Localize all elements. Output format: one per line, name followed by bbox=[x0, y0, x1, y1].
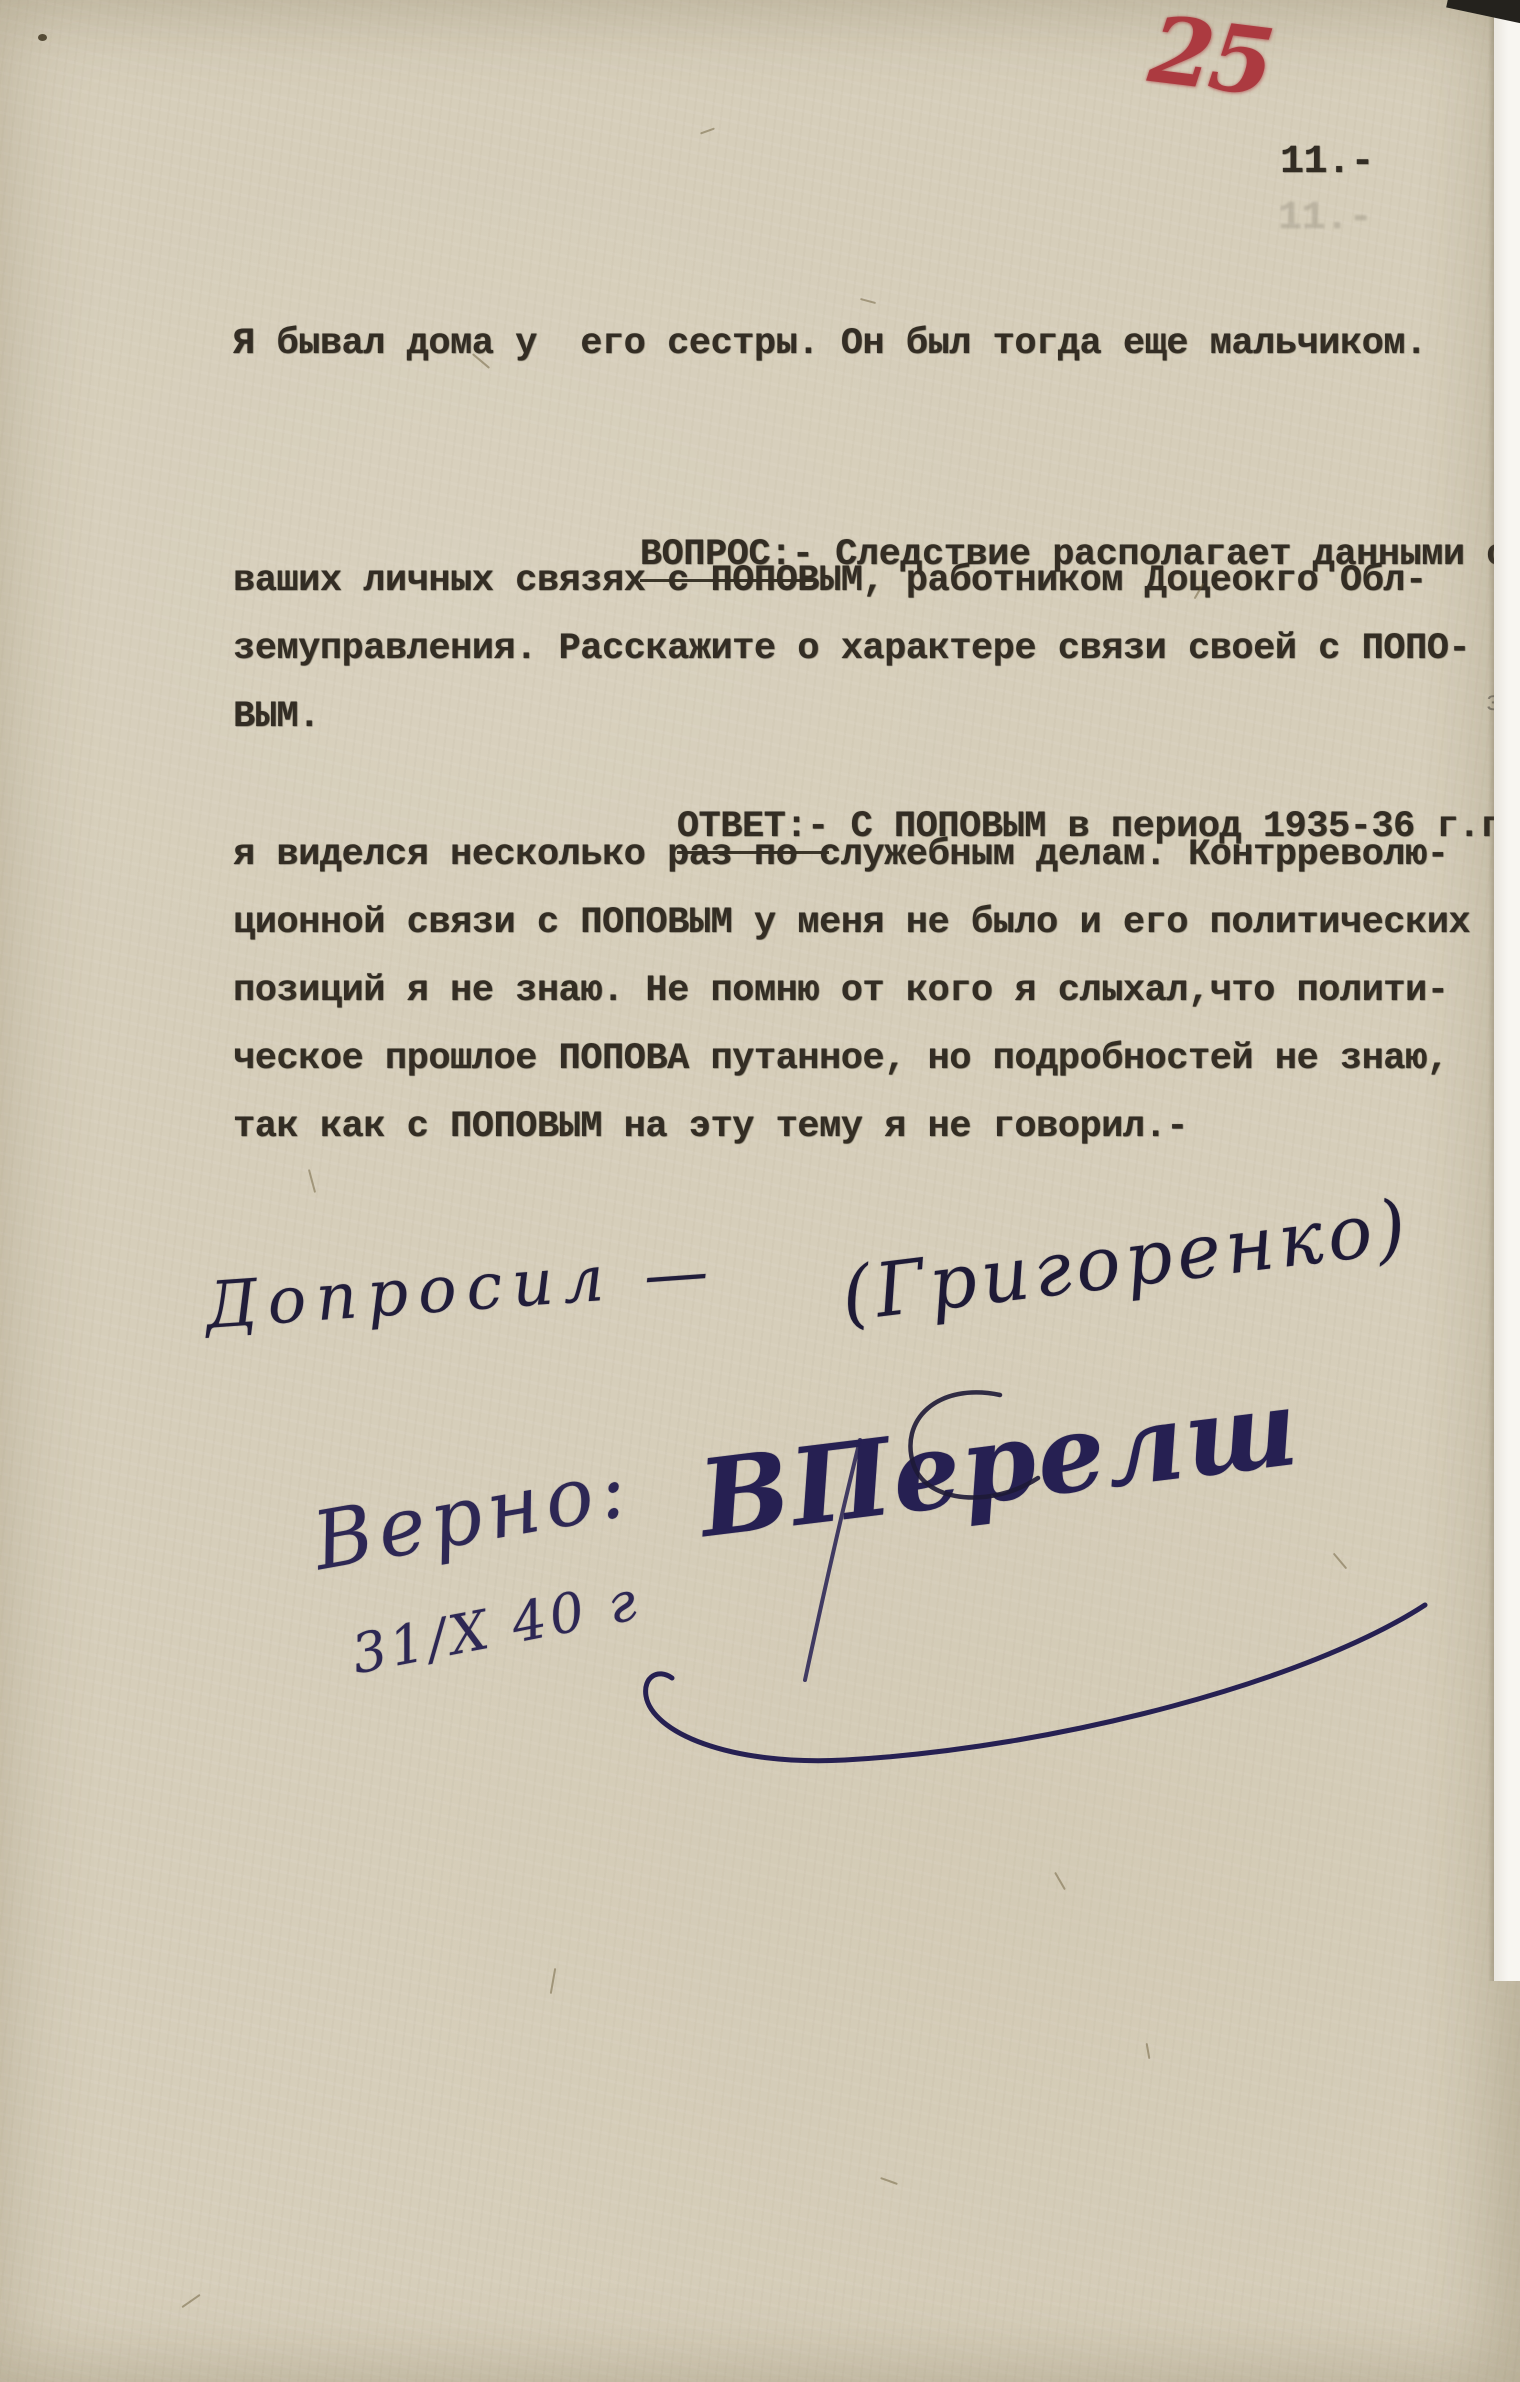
typed-answer-line: ционной связи с ПОПОВЫМ у меня не было и… bbox=[233, 902, 1470, 944]
paper-fiber bbox=[1146, 2043, 1151, 2059]
handwritten-interrogated-by: Допросил — bbox=[203, 1234, 720, 1344]
document-page: 25 11.- 11.- Я бывал дома у его сестры. … bbox=[0, 0, 1520, 2382]
typed-answer-line: я виделся несколько раз по служебным дел… bbox=[233, 834, 1448, 876]
typed-question-line: ваших личных связях с ПОПОВЫМ, работнико… bbox=[233, 560, 1427, 602]
paper-fiber bbox=[700, 127, 715, 134]
scan-corner-shadow bbox=[1446, 0, 1520, 24]
handwritten-interrogator-name: (Григоренко) bbox=[837, 1183, 1416, 1338]
paper-fiber bbox=[860, 298, 876, 304]
typed-answer-line: позиций я не знаю. Не помню от кого я сл… bbox=[233, 970, 1448, 1012]
paper-fiber bbox=[308, 1169, 316, 1193]
scan-background-strip bbox=[1494, 16, 1520, 1981]
typed-question-line: ВЫМ. bbox=[233, 696, 320, 738]
signature-flourish bbox=[300, 1380, 1500, 1900]
typed-answer-line: ческое прошлое ПОПОВА путанное, но подро… bbox=[233, 1038, 1448, 1080]
typed-answer-line: так как с ПОПОВЫМ на эту тему я не говор… bbox=[233, 1106, 1188, 1148]
paper-fiber bbox=[181, 2294, 200, 2308]
archival-page-number-red: 25 bbox=[1144, 0, 1276, 117]
typed-page-number-ghost: 11.- bbox=[1278, 198, 1372, 240]
paper-fiber bbox=[550, 1968, 556, 1994]
typed-page-number: 11.- bbox=[1280, 142, 1374, 184]
paper-speck bbox=[38, 34, 47, 41]
typed-question-line: земуправления. Расскажите о характере св… bbox=[233, 628, 1470, 670]
typed-line-intro: Я бывал дома у его сестры. Он был тогда … bbox=[233, 323, 1427, 365]
paper-fiber bbox=[880, 2177, 898, 2185]
